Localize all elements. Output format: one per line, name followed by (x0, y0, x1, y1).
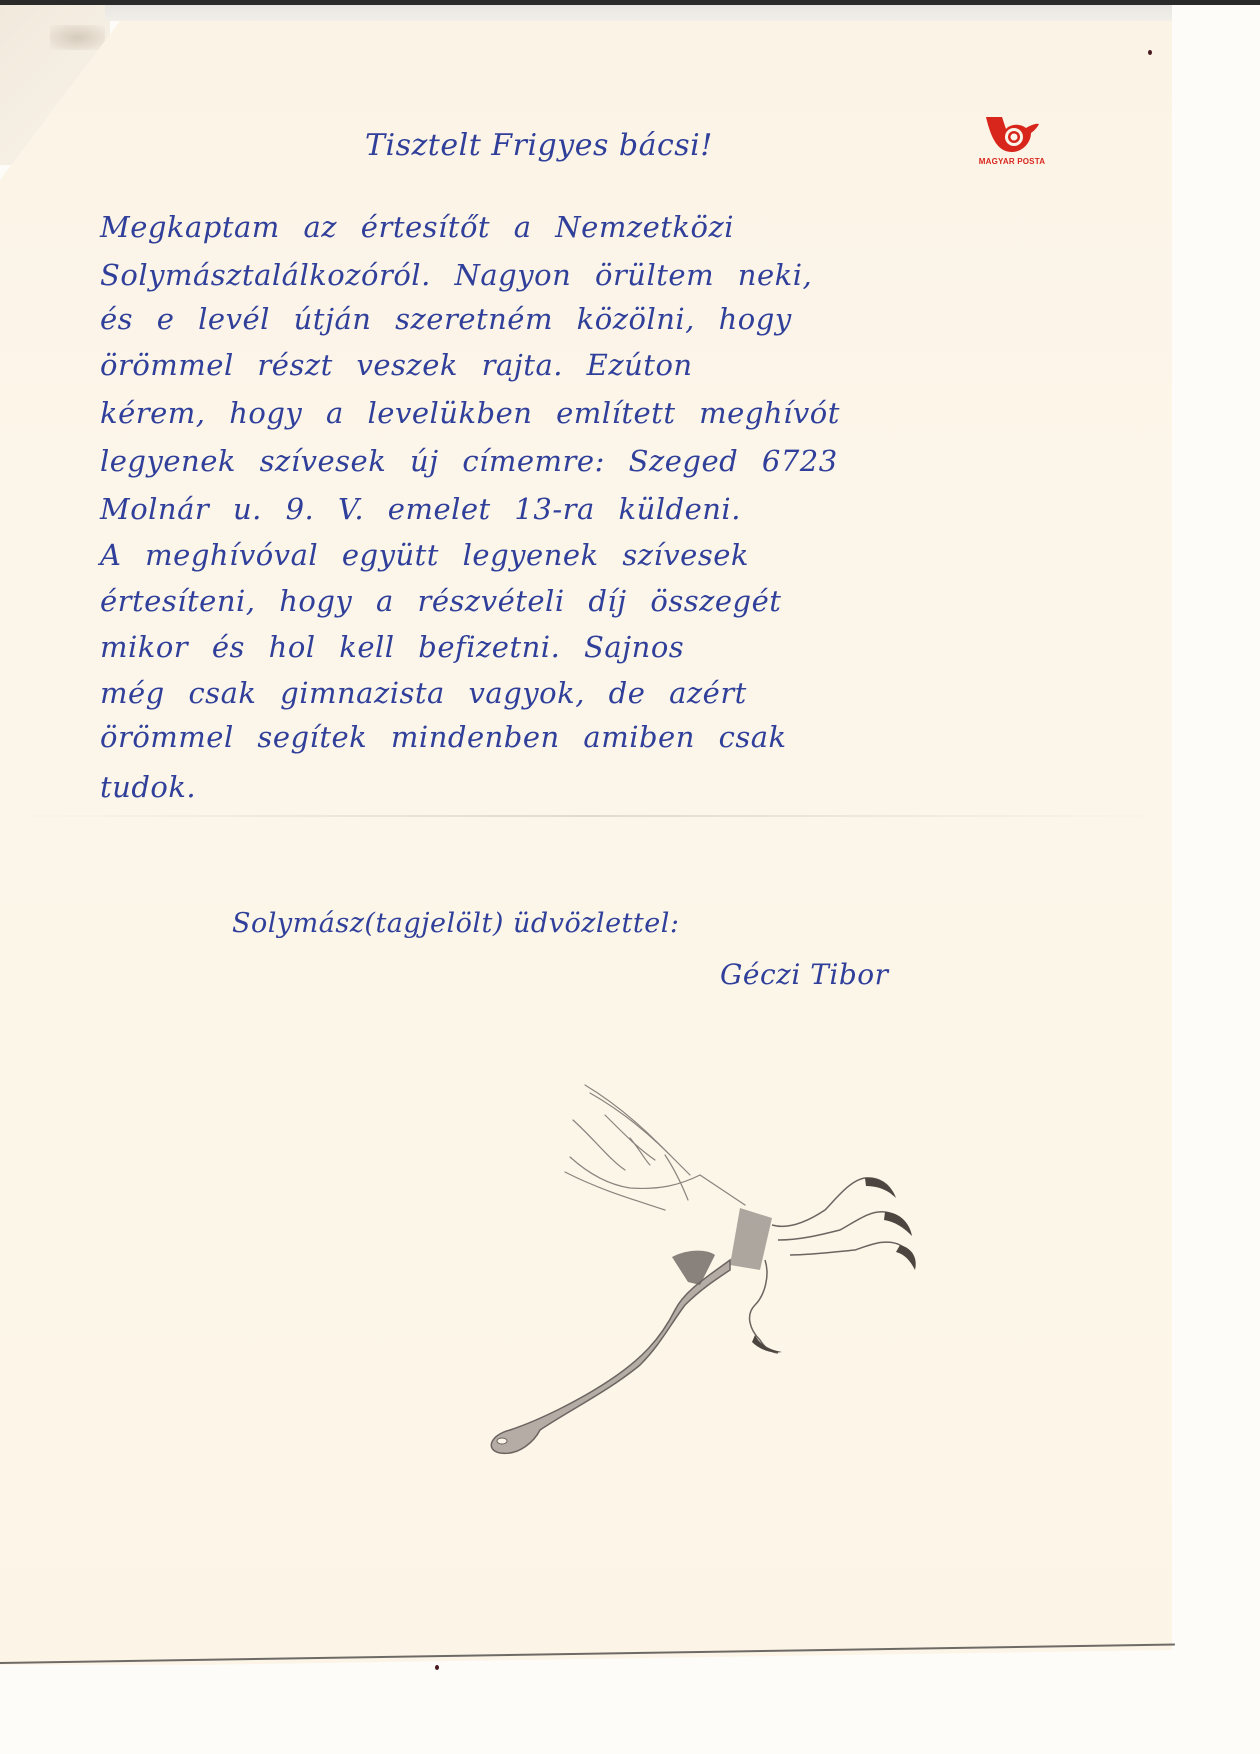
body-line: A meghívóval együtt legyenek szívesek (100, 538, 749, 572)
body-line: még csak gimnazista vagyok, de azért (100, 676, 747, 710)
body-line: értesíteni, hogy a részvételi díj összeg… (100, 584, 781, 618)
body-line: kérem, hogy a levelükben említett meghív… (100, 396, 840, 430)
body-line: és e levél útján szeretném közölni, hogy (100, 302, 792, 336)
salutation: Tisztelt Frigyes bácsi! (365, 128, 713, 163)
closing: Solymász(tagjelölt) üdvözlettel: (232, 908, 679, 939)
ink-speck (1148, 50, 1152, 55)
body-line: legyenek szívesek új címemre: Szeged 672… (100, 444, 838, 478)
paper-fold-line (0, 815, 1172, 817)
magyar-posta-logo: MAGYAR POSTA (967, 115, 1057, 175)
body-line: Megkaptam az értesítőt a Nemzetközi (100, 210, 734, 244)
body-line: Solymásztalálkozóról. Nagyon örültem nek… (100, 258, 812, 292)
logo-text: MAGYAR POSTA (967, 157, 1057, 166)
body-line: Molnár u. 9. V. emelet 13-ra küldeni. (100, 492, 741, 526)
body-line: tudok. (100, 770, 196, 804)
signature: Géczi Tibor (720, 958, 889, 991)
paper-shadow (105, 5, 1172, 21)
body-line: örömmel részt veszek rajta. Ezúton (100, 348, 693, 382)
falcon-talon-sketch-icon (460, 1060, 940, 1460)
body-line: mikor és hol kell befizetni. Sajnos (100, 630, 684, 664)
posthorn-icon (982, 115, 1042, 157)
ink-speck (435, 1665, 439, 1670)
body-line: örömmel segítek mindenben amiben csak (100, 720, 787, 754)
